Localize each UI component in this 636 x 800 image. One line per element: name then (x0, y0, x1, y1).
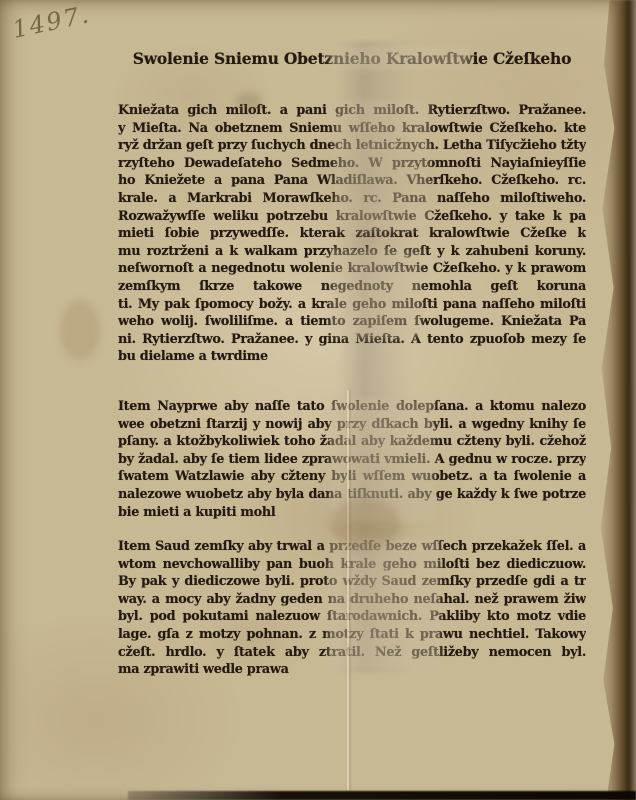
text-line: Rozwažywſſe weliku potrzebu kralowſtwie … (118, 208, 586, 226)
text-line: byl. pod pokutami nalezuow ſtarodawnich.… (118, 608, 586, 626)
text-line: Item Nayprwe aby naſſe tato ſwolenie dol… (118, 398, 586, 416)
text-line: ma zprawiti wedle prawa (118, 661, 586, 679)
text-line: cžeſt. hrdlo. y ſtatek aby ztratil. Než … (118, 644, 586, 662)
paragraph-item-2: Item Saud zemſky aby trwal a przedſe bez… (118, 538, 586, 679)
text-line: ſwatem Watzlawie aby cžteny byli wſſem w… (118, 468, 586, 486)
handwritten-year: 1497. (10, 0, 93, 44)
text-line: by žadal. aby ſe tiem lidee zprawowati v… (118, 451, 586, 469)
text-line: mieti ſobie przywedſſe. kterak zaſtokrat… (118, 225, 586, 243)
manuscript-page: 1497. Swolenie Sniemu Obetznieho Kralowſ… (0, 0, 636, 800)
text-line: mu roztrženi a k walkam przyhazelo ſe ge… (118, 243, 586, 261)
text-line: ti. My pak ſpomocy božy. a krale geho mi… (118, 296, 586, 314)
text-line: By pak y diediczowe byli. proto wždy Sau… (118, 573, 586, 591)
text-line: pſany. a ktožbykoliwiek toho žadal aby k… (118, 433, 586, 451)
text-line: lage. gſa z motzy pohnan. z motzy ſtati … (118, 626, 586, 644)
paragraph-item-1: Item Nayprwe aby naſſe tato ſwolenie dol… (118, 398, 586, 521)
text-line: rzyſteho Dewadeſateho Sedmeho. W przytom… (118, 155, 586, 173)
text-line: ho Kniežete a pana Pana Wladiſlawa. Vher… (118, 172, 586, 190)
text-line: neſwornoſt a negednotu wolenie kralowſtw… (118, 260, 586, 278)
text-line: Kniežata gich miloſt. a pani gich miloſt… (118, 102, 586, 120)
stain (60, 300, 100, 360)
paragraph-preamble: Kniežata gich miloſt. a pani gich miloſt… (118, 102, 586, 366)
text-line: zemſkym ſkrze takowe negednoty nemohla g… (118, 278, 586, 296)
page-edge-right (596, 0, 636, 800)
text-line: bie mieti a kupiti mohl (118, 504, 586, 522)
text-line: y Mieſta. Na obetznem Sniemu wſſeho kral… (118, 120, 586, 138)
text-line: bu dielame a twrdime (118, 348, 586, 366)
text-line: weho wolij. ſwoliliſme. a tiemto zapiſem… (118, 313, 586, 331)
text-line: wtom nevchowalliby pan buoh krale geho m… (118, 556, 586, 574)
text-line: nalezowe wuobetz aby byla dana tiſknuti.… (118, 486, 586, 504)
text-line: wee obetzni ſtarzij y nowij aby przy dſk… (118, 416, 586, 434)
page-edge-bottom (128, 791, 636, 800)
text-line: Item Saud zemſky aby trwal a przedſe bez… (118, 538, 586, 556)
page-title: Swolenie Sniemu Obetznieho Kralowſtwie C… (118, 49, 586, 68)
text-line: krale. a Markrabi Morawſkeho. rc. Pana n… (118, 190, 586, 208)
text-line: ni. Rytierzſtwo. Pražanee. y gina Mieſta… (118, 331, 586, 349)
text-line: way. a mocy aby žadny geden na druheho n… (118, 591, 586, 609)
text-line: ryž držan geſt przy ſuchych dnech letnic… (118, 137, 586, 155)
